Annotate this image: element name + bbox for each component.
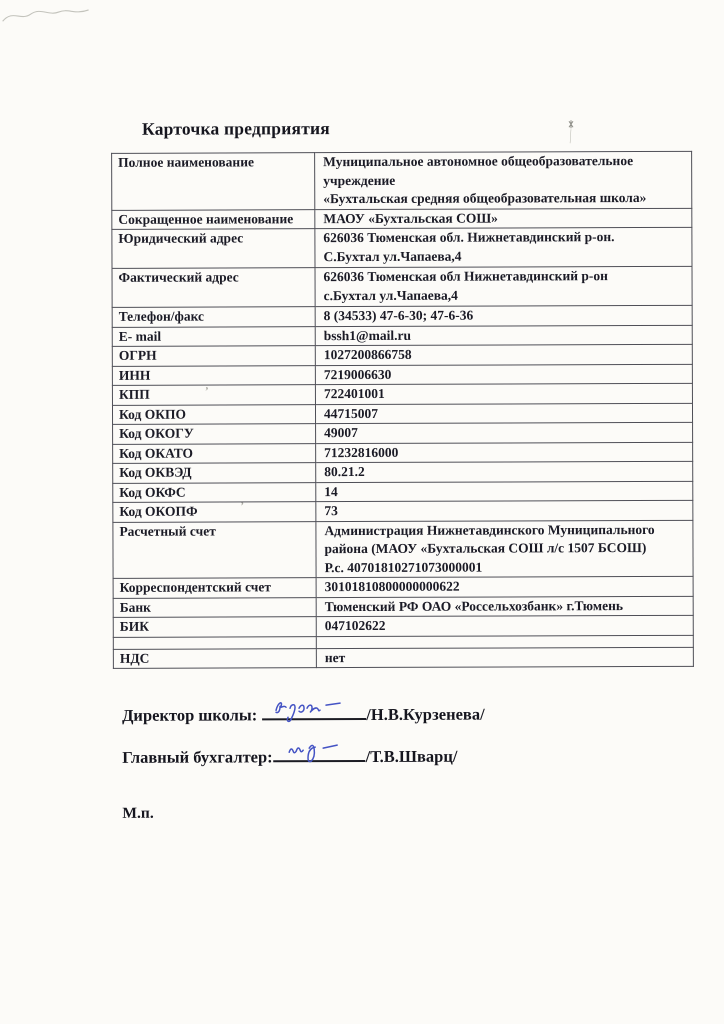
page-title: Карточка предприятия <box>142 118 330 140</box>
row-label-cell: Код ОКПО <box>112 404 315 424</box>
row-label-cell: НДС <box>113 648 316 668</box>
table-row: Фактический адрес626036 Тюменская обл Ни… <box>112 266 692 307</box>
row-value-cell: 30101810800000000622 <box>316 576 693 597</box>
director-signature-line <box>262 701 366 720</box>
row-label-cell: ОГРН <box>112 346 315 366</box>
signature-role-label: Главный бухгалтер: <box>122 747 273 767</box>
row-value-cell: нет <box>316 647 693 668</box>
row-label-cell: Код ОКОПФ <box>113 502 316 522</box>
row-label-cell: КПП <box>112 385 315 405</box>
table-row: Полное наименованиеМуниципальное автоном… <box>112 151 692 210</box>
row-label-cell: Код ОКВЭД <box>113 463 316 483</box>
table-row: НДСнет <box>113 647 693 669</box>
row-label-cell: Код ОКФС <box>113 482 316 502</box>
row-value-cell: 80.21.2 <box>316 461 693 482</box>
row-value-cell: 626036 Тюменская обл. Нижнетавдинский р-… <box>315 227 692 267</box>
row-value-cell: 71232816000 <box>316 442 693 463</box>
scan-speck-mark <box>565 119 577 145</box>
row-label-cell: Банк <box>113 597 316 617</box>
company-details-table: Полное наименованиеМуниципальное автоном… <box>111 151 694 669</box>
row-label-cell: БИК <box>113 617 316 637</box>
table-row: ОГРН1027200866758 <box>112 344 692 366</box>
row-label-cell: Полное наименование <box>112 153 315 210</box>
row-value-cell: 14 <box>316 481 693 502</box>
table-row: БанкТюменский РФ ОАО «Россельхозбанк» г.… <box>113 596 693 618</box>
table-row: Код ОКОПФ73 <box>113 500 693 522</box>
table-row: Корреспондентский счет301018108000000006… <box>113 576 693 598</box>
row-value-cell: 626036 Тюменская обл Нижнетавдинский р-о… <box>315 266 692 306</box>
row-value-cell: 047102622 <box>316 615 693 636</box>
row-label-cell: Код ОКОГУ <box>113 424 316 444</box>
row-value-cell: МАОУ «Бухтальская СОШ» <box>315 208 692 229</box>
signature-role-label: Директор школы: <box>122 705 257 724</box>
row-label-cell: Сокращенное наименование <box>112 209 315 229</box>
row-value-cell: Муниципальное автономное общеобразовател… <box>315 151 692 209</box>
table-row: Код ОКВЭД80.21.2 <box>113 461 693 483</box>
row-label-cell <box>113 636 316 649</box>
row-label-cell: Телефон/факс <box>112 307 315 327</box>
table-row: ИНН7219006630 <box>112 364 692 386</box>
accountant-signature-handwriting <box>282 738 358 764</box>
signature-block-director: Директор школы: /Н.В.Курзенева/ <box>122 701 485 726</box>
row-value-cell: 722401001 <box>315 383 692 404</box>
row-value-cell: 1027200866758 <box>315 344 692 365</box>
row-value-cell: 49007 <box>316 422 693 443</box>
scanned-page: ’ ’ Карточка предприятия Полное наименов… <box>0 0 724 1024</box>
signature-name: /Т.В.Шварц/ <box>366 747 458 766</box>
row-label-cell: Расчетный счет <box>113 521 316 578</box>
row-value-cell: 8 (34533) 47-6-30; 47-6-36 <box>315 305 692 326</box>
row-value-cell: 73 <box>316 500 693 521</box>
table-row: Телефон/факс8 (34533) 47-6-30; 47-6-36 <box>112 305 692 327</box>
scan-artifact-corner-squiggle <box>1 5 93 27</box>
row-label-cell: Код ОКАТО <box>113 443 316 463</box>
director-signature-handwriting <box>270 696 354 722</box>
table-row: БИК047102622 <box>113 615 693 637</box>
row-value-cell: 44715007 <box>315 403 692 424</box>
table-row: E- mailbssh1@mail.ru <box>112 325 692 347</box>
row-value-cell: 7219006630 <box>315 364 692 385</box>
accountant-signature-line <box>274 743 366 762</box>
table-row: Код ОКФС14 <box>113 481 693 503</box>
table-row: Юридический адрес626036 Тюменская обл. Н… <box>112 227 692 268</box>
row-label-cell: Фактический адрес <box>112 268 315 308</box>
row-label-cell: Юридический адрес <box>112 229 315 269</box>
row-value-cell: bssh1@mail.ru <box>315 325 692 346</box>
table-row: Сокращенное наименованиеМАОУ «Бухтальска… <box>112 208 692 230</box>
row-value-cell: Администрация Нижнетавдинского Муниципал… <box>316 520 693 578</box>
row-label-cell: Корреспондентский счет <box>113 578 316 598</box>
row-value-cell: Тюменский РФ ОАО «Россельхозбанк» г.Тюме… <box>316 596 693 617</box>
signature-name: /Н.В.Курзенева/ <box>366 705 484 724</box>
table-row: Код ОКОГУ49007 <box>113 422 693 444</box>
row-label-cell: ИНН <box>112 365 315 385</box>
row-label-cell: E- mail <box>112 326 315 346</box>
signature-block-accountant: Главный бухгалтер: /Т.В.Шварц/ <box>122 743 457 768</box>
table-row: Код ОКПО44715007 <box>112 403 692 425</box>
table-row: КПП722401001 <box>112 383 692 405</box>
table-row: Расчетный счетАдминистрация Нижнетавдинс… <box>113 520 693 579</box>
table-row: Код ОКАТО71232816000 <box>113 442 693 464</box>
stamp-place-label: М.п. <box>122 805 153 823</box>
